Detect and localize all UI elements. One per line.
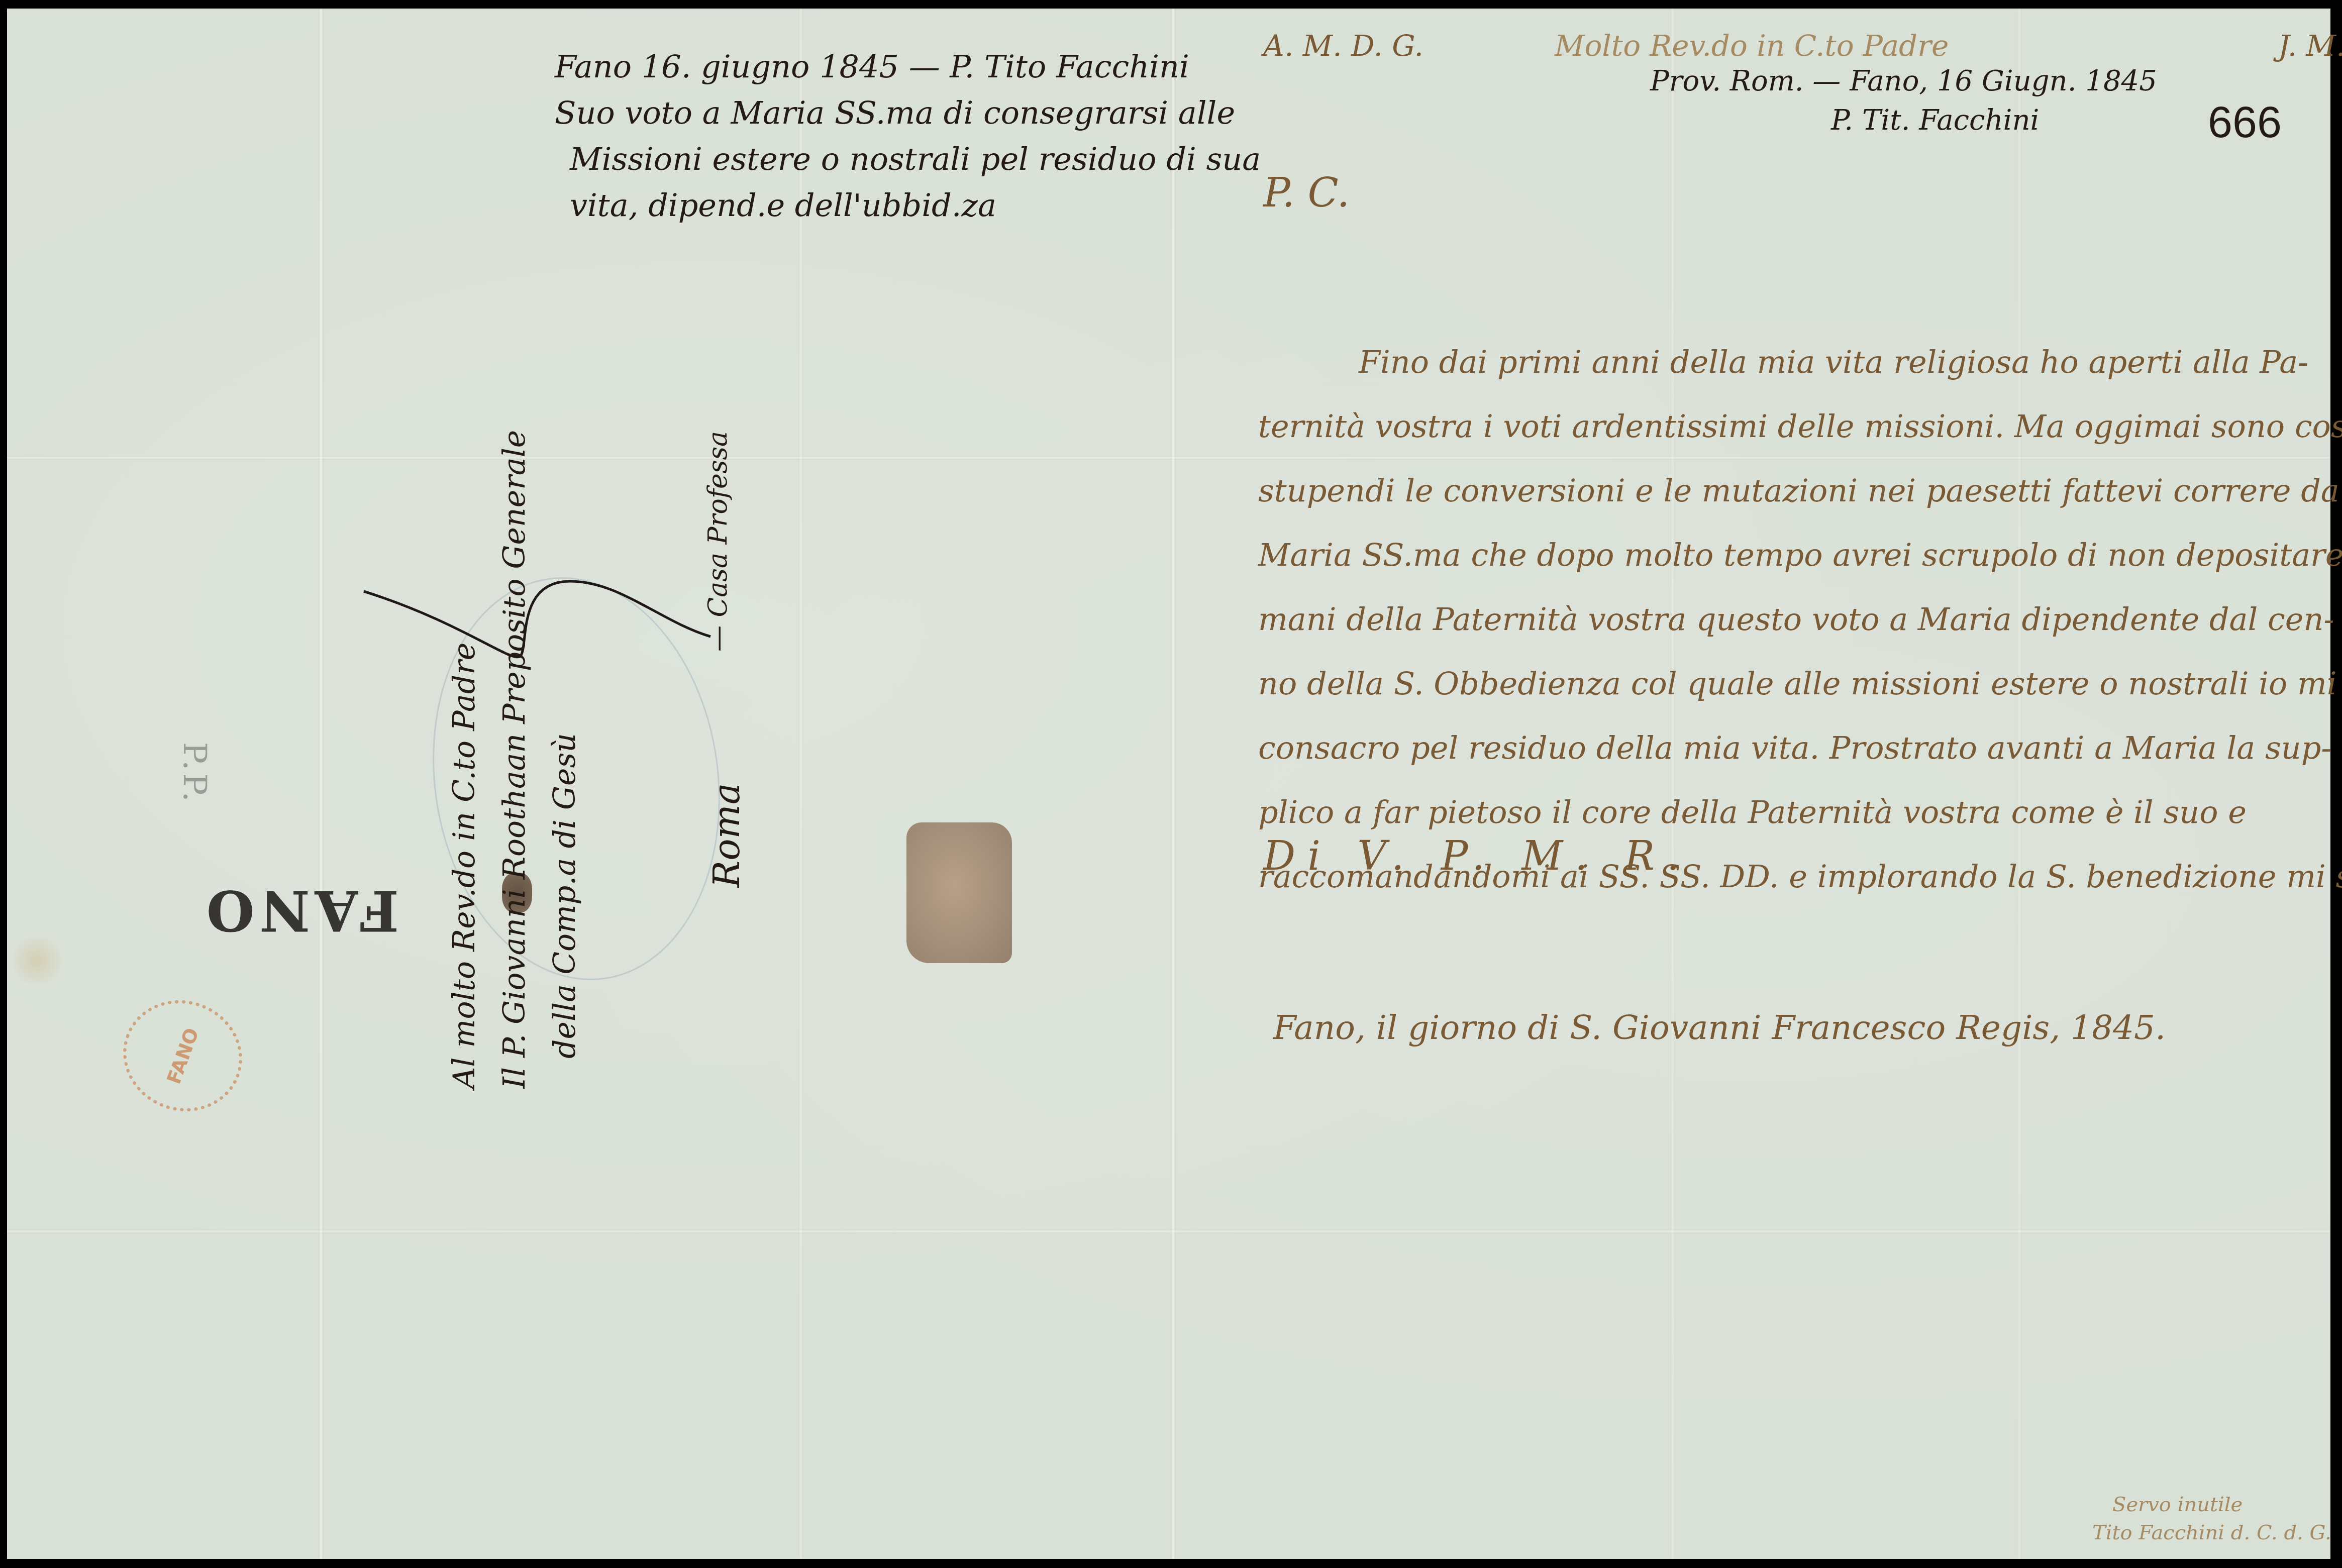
- red-postmark: FANO: [108, 984, 258, 1128]
- faint-postal-stamp: P.P.: [176, 742, 213, 805]
- wax-seal: [906, 822, 1012, 963]
- paper-stain: [7, 938, 67, 983]
- signature: Servo inutile Tito Facchini d. C. d. G.: [2092, 1491, 2331, 1547]
- center-fold: [1171, 9, 1176, 1559]
- letter-body: Fino dai primi anni della mia vita relig…: [1258, 330, 2303, 909]
- archival-note: Fano 16. giugno 1845 — P. Tito Facchini …: [555, 44, 1261, 229]
- province-date-line: Prov. Rom. — Fano, 16 Giugn. 1845: [1650, 65, 2157, 97]
- signature-line-1: Servo inutile: [2092, 1491, 2331, 1519]
- archival-note-line: Fano 16. giugno 1845 — P. Tito Facchini: [555, 44, 1261, 90]
- address-line: Al molto Rev.do in C.to Padre: [439, 430, 489, 1089]
- amdg-heading: A. M. D. G.: [1263, 29, 1423, 63]
- signature-line-2: Tito Facchini d. C. d. G.: [2092, 1519, 2331, 1547]
- postal-stamp-fano: FANO: [201, 878, 399, 943]
- sender-line: P. Tit. Facchini: [1831, 104, 2039, 137]
- fold-horizontal-2: [7, 1229, 2330, 1233]
- jmj-heading: J. M. J.: [2278, 29, 2342, 63]
- body-line: no della S. Obbedienza col quale alle mi…: [1258, 652, 2303, 716]
- body-line: ternità vostra i voti ardentissimi delle…: [1258, 394, 2303, 459]
- folio-number: 666: [2208, 96, 2282, 148]
- body-line: mani della Paternità vostra questo voto …: [1258, 587, 2303, 652]
- body-line: Fino dai primi anni della mia vita relig…: [1258, 330, 2303, 394]
- address-line: della Comp.a di Gesù: [540, 430, 590, 1089]
- body-line: Maria SS.ma che dopo molto tempo avrei s…: [1258, 523, 2303, 587]
- archival-note-line: vita, dipend.e dell'ubbid.za: [555, 182, 1261, 229]
- address-line: Il P. Giovanni Roothaan Preposito Genera…: [489, 430, 540, 1089]
- fold-left: [319, 9, 324, 1559]
- salutation-heading: Molto Rev.do in C.to Padre: [1555, 29, 1949, 63]
- body-line: consacro pel residuo della mia vita. Pro…: [1258, 716, 2303, 780]
- body-line: stupendi le conversioni e le mutazioni n…: [1258, 459, 2303, 523]
- address-city: Roma: [705, 783, 748, 888]
- address-destination: — Casa Professa: [703, 431, 733, 652]
- archival-note-line: Missioni estere o nostrali pel residuo d…: [555, 136, 1261, 182]
- letter-sheet: Fano 16. giugno 1845 — P. Tito Facchini …: [7, 9, 2330, 1559]
- address-block: Al molto Rev.do in C.to Padre Il P. Giov…: [439, 430, 590, 1089]
- pax-christi: P. C.: [1263, 169, 1350, 216]
- archival-note-line: Suo voto a Maria SS.ma di consegrarsi al…: [555, 90, 1261, 136]
- place-date: Fano, il giorno di S. Giovanni Francesco…: [1273, 1008, 2166, 1047]
- closing-formula: Di V. P. M. R.: [1263, 832, 1692, 879]
